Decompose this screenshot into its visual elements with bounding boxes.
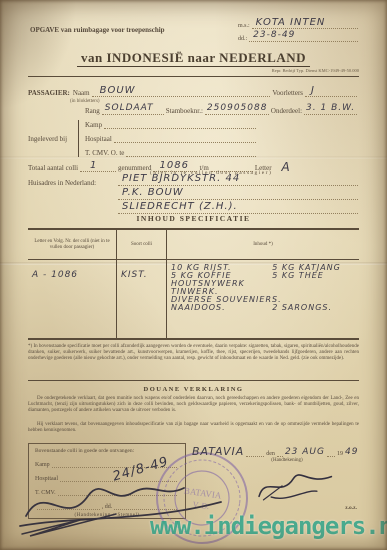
- camp-label: Kamp: [85, 121, 102, 129]
- ship-name-handwritten: KOTA INTEN: [256, 17, 326, 28]
- address-line-1: PIET BJRDYKSTR. 44: [118, 174, 358, 186]
- total-colli-handwritten: 1: [90, 160, 97, 171]
- website-watermark: www.indiegangers.nl: [150, 512, 387, 540]
- passenger-section-label: PASSAGIER:: [28, 89, 70, 97]
- tcmv-label: T. CMV. O. te: [85, 149, 124, 157]
- letter-handwritten: A: [282, 161, 291, 173]
- content-item: [272, 288, 355, 296]
- passenger-signature: [250, 461, 348, 507]
- col3-header: Inhoud *): [166, 230, 359, 260]
- rank-label: Rang: [85, 107, 100, 115]
- handed-in-label: Ingeleverd bij: [28, 135, 78, 143]
- sign-date-handwritten: 23 AUG: [285, 448, 325, 457]
- numbered-label: genummerd: [118, 164, 151, 172]
- customs-paragraph-2: Hij verklaart tevens, dat bovenaangegeve…: [28, 422, 359, 434]
- colli-type-cell: KIST.: [116, 260, 166, 338]
- address-line-2: P.K. BOUW: [118, 188, 358, 200]
- turn-over-note: z.o.z.: [345, 505, 357, 511]
- regnr-label: Stamboeknr.:: [166, 107, 203, 115]
- ship-label: m.s.:: [238, 23, 250, 29]
- specification-footnote: *) In bovenstaande specificatie moet per…: [28, 344, 359, 363]
- receipt-camp-label: Kamp: [35, 462, 50, 468]
- address-block: PIET BJRDYKSTR. 44 P.K. BOUW SLIEDRECHT …: [118, 174, 358, 214]
- colli-number-cell: A - 1086: [28, 260, 116, 338]
- footnote-divider: [28, 380, 359, 381]
- initials-label: Voorletters: [272, 89, 303, 97]
- content-item: 5 KG THEE: [272, 272, 355, 280]
- col2-header: Soort colli: [116, 230, 166, 260]
- hospital-label: Hospitaal: [85, 135, 112, 143]
- date-handwritten: 23-8-49: [253, 30, 295, 40]
- contents-cell: 10 KG RIJST.5 KG KATJANG 5 KG KOFFIE5 KG…: [166, 260, 359, 338]
- customs-heading: DOUANE VERKLARING: [0, 386, 387, 393]
- content-item: 2 SARONGS.: [272, 304, 355, 312]
- specification-heading: INHOUD SPECIFICATIE: [0, 214, 387, 223]
- scanned-baggage-declaration-form: OPGAVE van ruimbagage voor troepenschip …: [0, 0, 387, 550]
- colli-type-handwritten: KIST.: [121, 270, 148, 280]
- name-handwritten: BOUW: [100, 85, 136, 96]
- specification-table: Letter en Volg. Nr. der colli (niet in t…: [28, 228, 359, 340]
- name-label: Naam: [73, 89, 90, 97]
- customs-paragraph-1: De ondergetekende verklaart, dat geen mu…: [28, 396, 359, 415]
- unit-label: Onderdeel:: [271, 107, 302, 115]
- colli-number-handwritten: A - 1086: [32, 270, 78, 280]
- name-sublabel: (in blokletters): [70, 99, 100, 104]
- form-heading-strong: OPGAVE: [30, 26, 59, 34]
- address-label: Huisadres in Nederland:: [28, 179, 96, 187]
- print-reference-note: Repr. Bedrijf Typ. Dienst KMC-1949-49-50…: [272, 68, 359, 73]
- ship-date-block: m.s.: KOTA INTEN dd.: 23-8-49: [238, 20, 360, 42]
- initials-handwritten: J: [311, 85, 315, 96]
- content-item: NAAIDOOS.: [171, 304, 272, 312]
- main-title: van INDONESIË naar NEDERLAND: [77, 50, 310, 67]
- col1-header: Letter en Volg. Nr. der colli (niet in t…: [28, 230, 116, 260]
- main-title-wrap: van INDONESIË naar NEDERLAND: [0, 50, 387, 66]
- den-label: den: [266, 451, 275, 457]
- unit-handwritten: 3. 1 B.W.: [306, 103, 355, 113]
- date-label: dd.:: [238, 36, 247, 42]
- form-heading: OPGAVE van ruimbagage voor troepenschip: [30, 26, 165, 34]
- content-item: [272, 280, 355, 288]
- year-handwritten: 49: [345, 448, 358, 457]
- year-prefix: 19: [337, 451, 343, 457]
- total-colli-label: Totaal aantal colli: [28, 164, 78, 172]
- handed-in-block: Ingeleverd bij Kamp Hospitaal T. CMV. O.…: [28, 120, 258, 157]
- form-heading-rest: van ruimbagage voor troepenschip: [61, 26, 165, 34]
- regnr-handwritten: 250905088: [207, 103, 268, 113]
- header-divider: [28, 76, 359, 77]
- address-line-3: SLIEDRECHT (Z.H.).: [118, 202, 358, 214]
- place-handwritten: BATAVIA: [192, 446, 244, 457]
- rank-handwritten: SOLDAAT: [105, 103, 154, 113]
